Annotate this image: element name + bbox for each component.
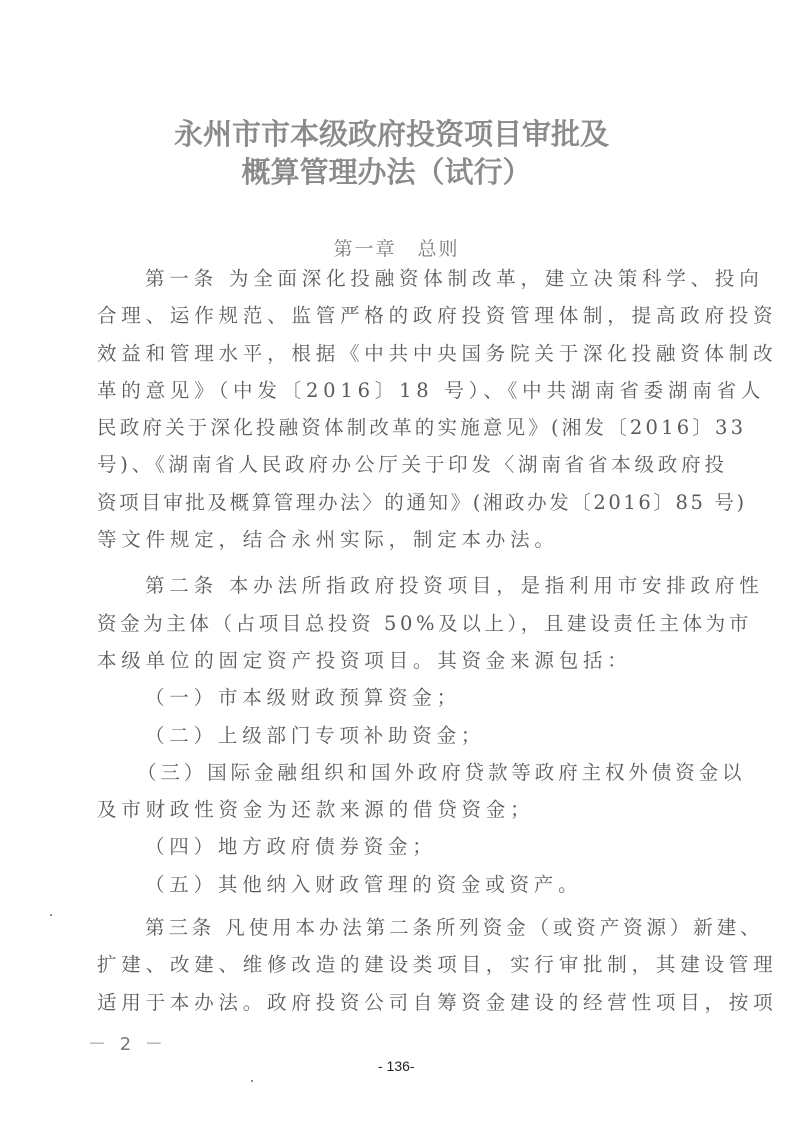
page-number-global: - 136- [378, 1058, 415, 1074]
text-line: 资金为主体（占项目总投资 50%及以上），且建设责任主体为市 [97, 605, 683, 642]
text-line: 等文件规定，结合永州实际，制定本办法。 [97, 521, 683, 558]
text-line: 本级单位的固定资产投资项目。其资金来源包括： [97, 642, 683, 679]
text-line: 革的意见》（中发〔2016〕18 号）、《中共湖南省委湖南省人 [97, 372, 683, 409]
text-line: 合理、运作规范、监管严格的政府投资管理体制，提高政府投资 [97, 297, 683, 334]
text-line: 第二条 本办法所指政府投资项目，是指利用市安排政府性 [97, 567, 683, 604]
text-line: 第一条 为全面深化投融资体制改革，建立决策科学、投向 [97, 260, 683, 297]
text-line: 号)、《湖南省人民政府办公厅关于印发〈湖南省省本级政府投 [97, 446, 683, 483]
text-line: 资项目审批及概算管理办法〉的通知》(湘政办发〔2016〕85 号) [97, 484, 683, 521]
list-item: （一）市本级财政预算资金； [97, 679, 683, 716]
text-line: 民政府关于深化投融资体制改革的实施意见》(湘发〔2016〕33 [97, 409, 683, 446]
document-title-line-1: 永州市市本级政府投资项目审批及 [0, 112, 788, 153]
list-item: （二）上级部门专项补助资金； [97, 717, 683, 754]
text-line: 第三条 凡使用本办法第二条所列资金（或资产资源）新建、 [97, 909, 683, 946]
text-line: 及市财政性资金为还款来源的借贷资金； [97, 791, 683, 828]
text-line: 扩建、改建、维修改造的建设类项目，实行审批制，其建设管理 [97, 946, 683, 983]
text-line: 适用于本办法。政府投资公司自筹资金建设的经营性项目，按项 [97, 984, 683, 1021]
chapter-heading: 第一章 总则 [0, 234, 793, 261]
text-line: 效益和管理水平，根据《中共中央国务院关于深化投融资体制改 [97, 335, 683, 372]
list-item: （五）其他纳入财政管理的资金或资产。 [97, 866, 683, 903]
scan-speck [251, 1080, 253, 1082]
scan-speck [50, 914, 52, 916]
list-item: （四）地方政府债券资金； [97, 828, 683, 865]
list-item: （三）国际金融组织和国外政府贷款等政府主权外债资金以 [97, 754, 683, 791]
body-text: 第一条 为全面深化投融资体制改革，建立决策科学、投向 合理、运作规范、监管严格的… [97, 260, 683, 1021]
document-title-line-2: 概算管理办法（试行） [0, 150, 783, 191]
page-number-local: － 2 － [88, 1030, 167, 1056]
